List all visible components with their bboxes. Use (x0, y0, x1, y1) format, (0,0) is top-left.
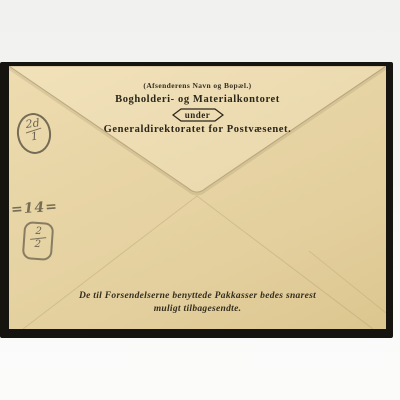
under-stamp: under (172, 108, 224, 122)
return-note-line2: muligt tilbagesendte. (9, 303, 386, 316)
office-name-line2: Generaldirektoratet for Postvæsenet. (9, 124, 386, 136)
boxed-fraction-denominator: 2 (24, 238, 51, 251)
return-note-line1: De til Forsendelserne benyttede Pakkasse… (9, 290, 386, 303)
under-stamp-label: under (172, 108, 224, 122)
sender-label: (Afsenderens Navn og Bopæl.) (9, 81, 386, 90)
printed-sender-block: (Afsenderens Navn og Bopæl.) Bogholderi-… (9, 81, 386, 136)
photo-background: (Afsenderens Navn og Bopæl.) Bogholderi-… (0, 0, 400, 400)
circled-fraction-denominator: 1 (19, 129, 50, 145)
return-request-note: De til Forsendelserne benyttede Pakkasse… (9, 290, 386, 316)
office-name-line1: Bogholderi- og Materialkontoret (9, 94, 386, 106)
envelope-shadow-backing: (Afsenderens Navn og Bopæl.) Bogholderi-… (0, 62, 393, 338)
boxed-fraction-numerator: 2 (25, 225, 52, 239)
envelope-back: (Afsenderens Navn og Bopæl.) Bogholderi-… (9, 66, 386, 329)
pencil-boxed-fraction: 2 2 (22, 221, 55, 261)
